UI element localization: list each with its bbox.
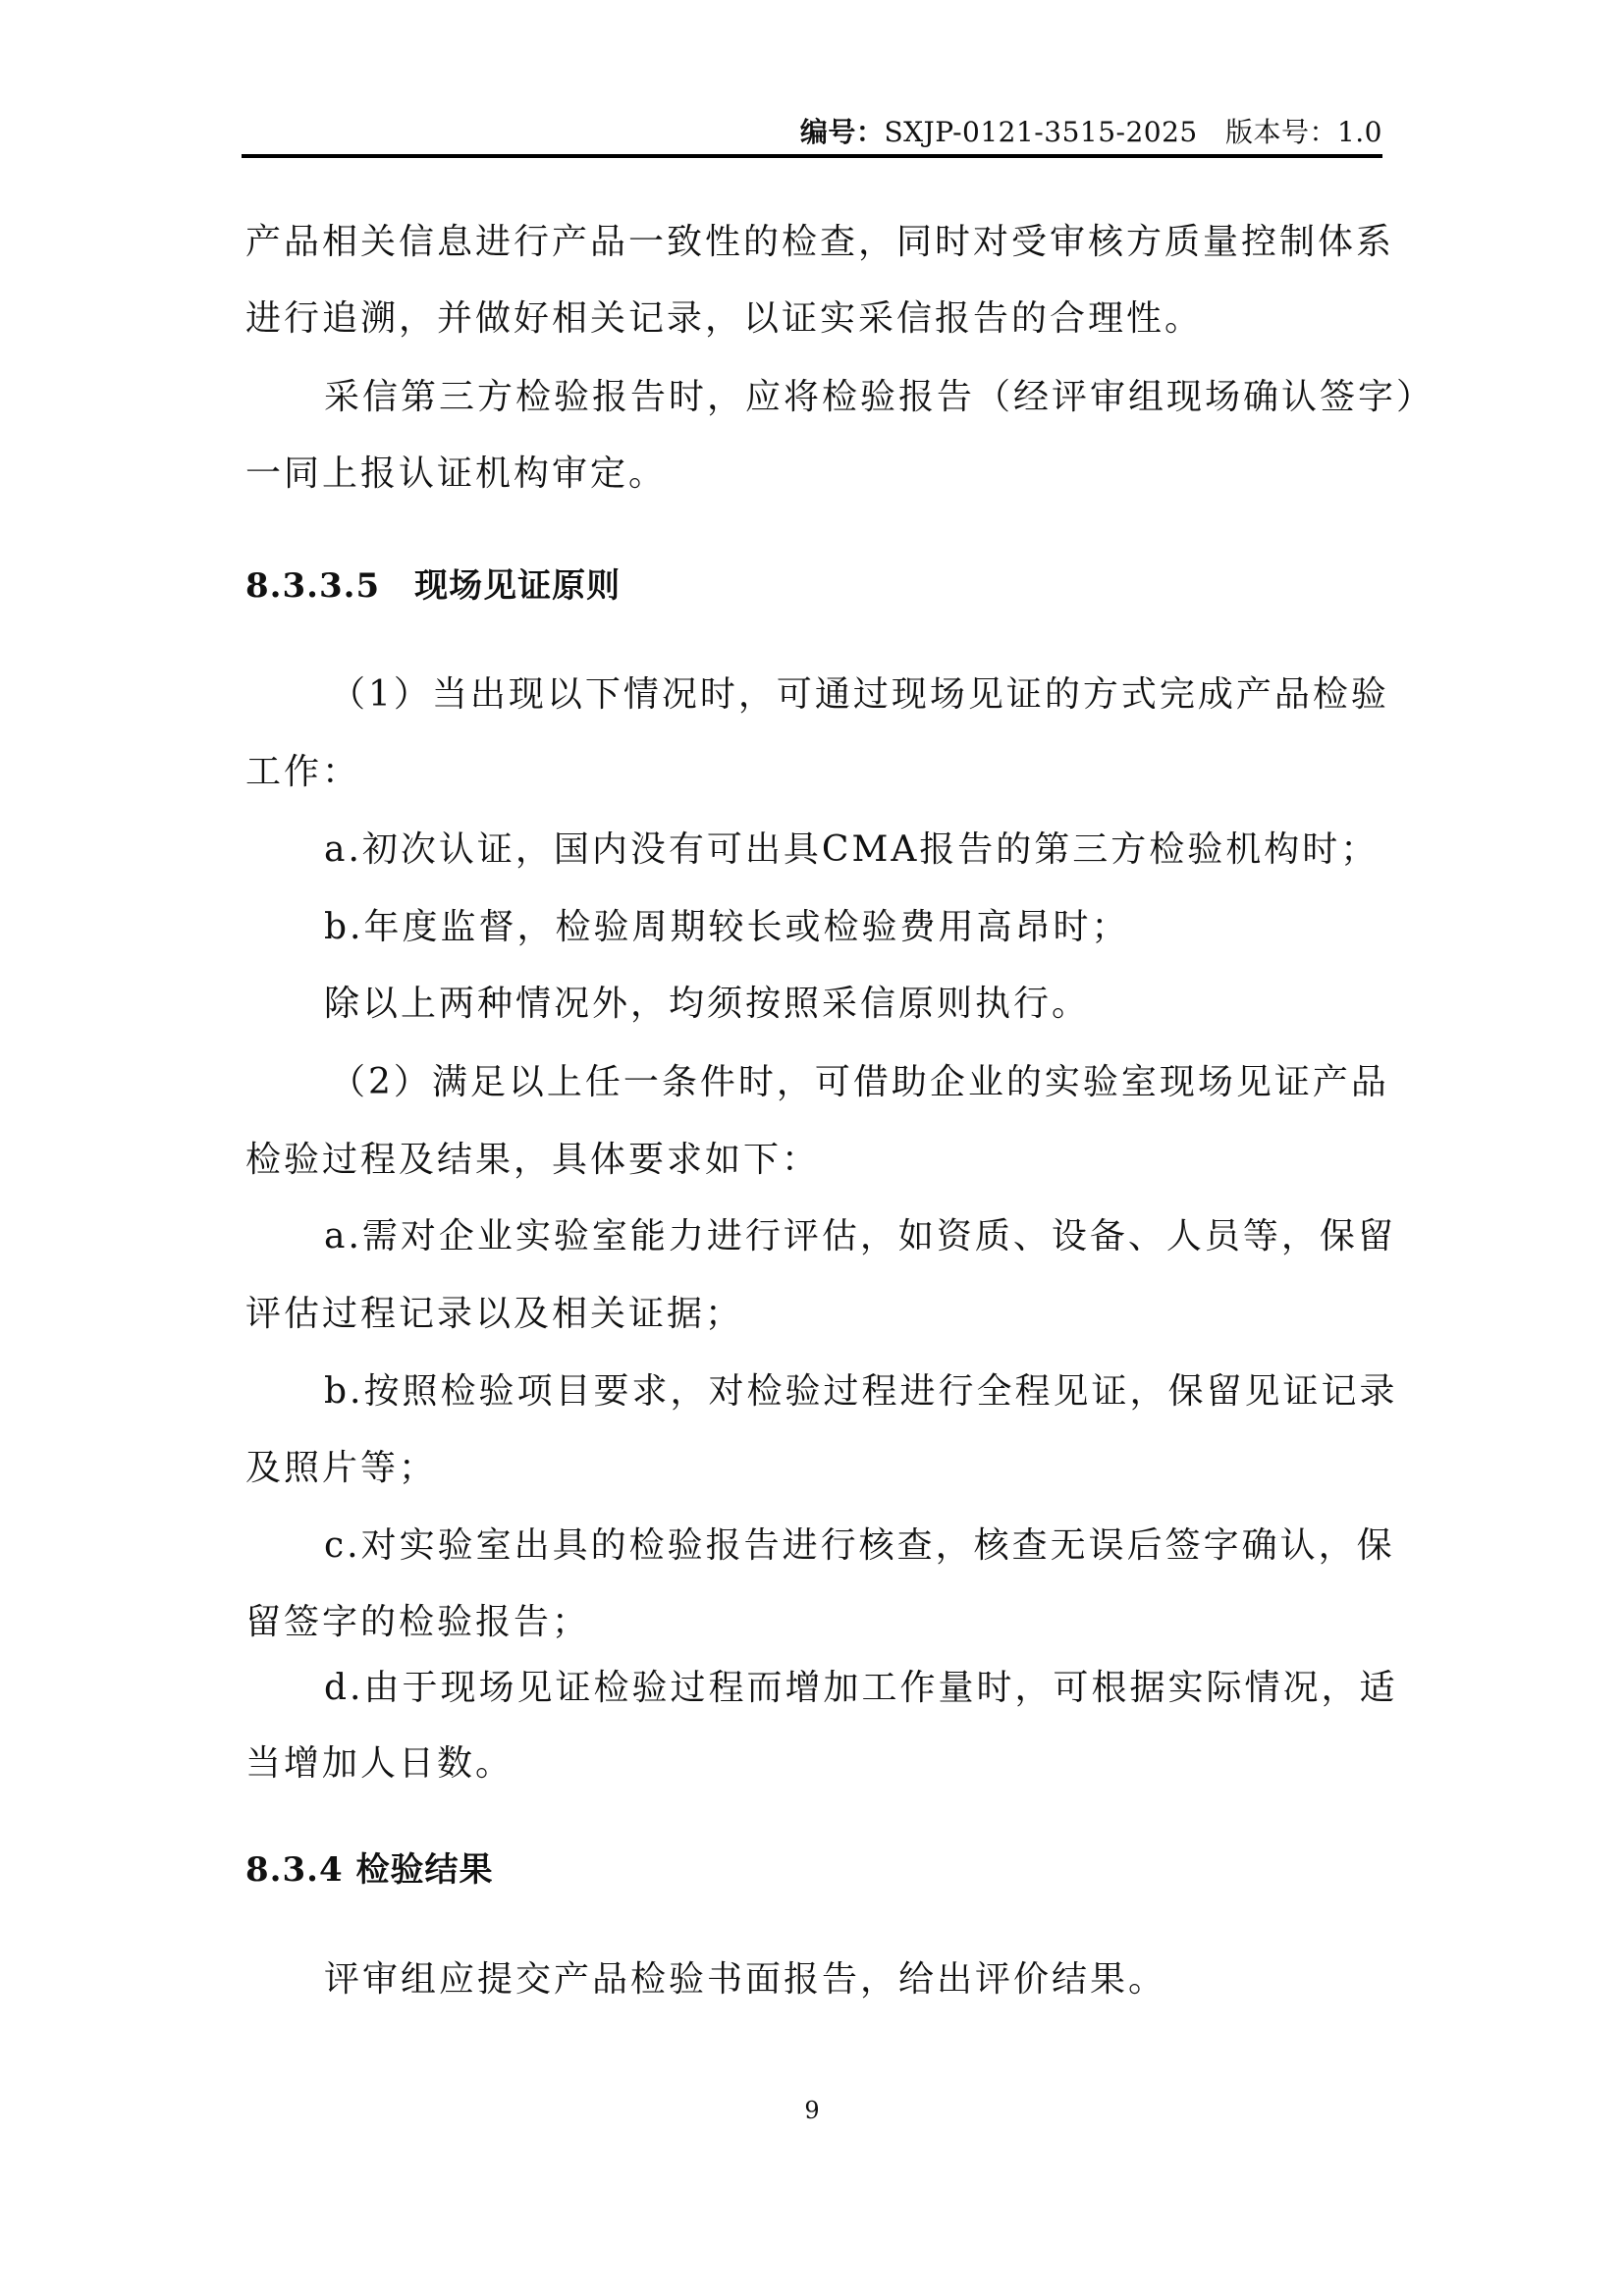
section-heading-8-3-4: 8.3.4 检验结果 xyxy=(245,1848,1384,1892)
section-heading-8-3-3-5: 8.3.3.5 现场见证原则 xyxy=(245,564,1384,608)
list-item-a: a.需对企业实验室能力进行评估，如资质、设备、人员等，保留 xyxy=(324,1215,1384,1258)
header-divider xyxy=(242,154,1382,158)
body-line: （1）当出现以下情况时，可通过现场见证的方式完成产品检验 xyxy=(330,673,1390,717)
list-item-a: a.初次认证，国内没有可出具CMA报告的第三方检验机构时； xyxy=(324,828,1384,872)
list-item-b: b.按照检验项目要求，对检验过程进行全程见证，保留见证记录 xyxy=(324,1370,1384,1414)
page-header: 编号：SXJP-0121-3515-2025 版本号：1.0 xyxy=(800,116,1382,149)
body-line: 采信第三方检验报告时，应将检验报告（经评审组现场确认签字） xyxy=(324,376,1384,419)
version-label: 版本号： xyxy=(1225,116,1337,148)
list-item-d-cont: 当增加人日数。 xyxy=(245,1742,1384,1786)
body-line: 工作： xyxy=(245,751,1384,794)
list-item-c: c.对实验室出具的检验报告进行核查，核查无误后签字确认，保 xyxy=(324,1524,1384,1568)
version-number: 1.0 xyxy=(1337,116,1382,148)
body-line: 产品相关信息进行产品一致性的检查，同时对受审核方质量控制体系 xyxy=(245,221,1384,264)
body-line: 评审组应提交产品检验书面报告，给出评价结果。 xyxy=(324,1958,1384,2002)
body-line: （2）满足以上任一条件时，可借助企业的实验室现场见证产品 xyxy=(330,1061,1390,1104)
doc-number-label: 编号： xyxy=(800,116,885,148)
document-page: 编号：SXJP-0121-3515-2025 版本号：1.0 产品相关信息进行产… xyxy=(0,0,1624,2296)
body-line: 进行追溯，并做好相关记录，以证实采信报告的合理性。 xyxy=(245,297,1384,341)
doc-number: SXJP-0121-3515-2025 xyxy=(884,116,1197,148)
list-item-b-cont: 及照片等； xyxy=(245,1447,1384,1490)
list-item-b: b.年度监督，检验周期较长或检验费用高昂时； xyxy=(324,906,1384,949)
body-note: 除以上两种情况外，均须按照采信原则执行。 xyxy=(324,983,1384,1026)
body-line: 检验过程及结果，具体要求如下： xyxy=(245,1139,1384,1182)
list-item-c-cont: 留签字的检验报告； xyxy=(245,1601,1384,1644)
list-item-a-cont: 评估过程记录以及相关证据； xyxy=(245,1293,1384,1336)
list-item-d: d.由于现场见证检验过程而增加工作量时，可根据实际情况，适 xyxy=(324,1667,1384,1710)
body-line: 一同上报认证机构审定。 xyxy=(245,453,1384,496)
page-number: 9 xyxy=(797,2097,827,2124)
